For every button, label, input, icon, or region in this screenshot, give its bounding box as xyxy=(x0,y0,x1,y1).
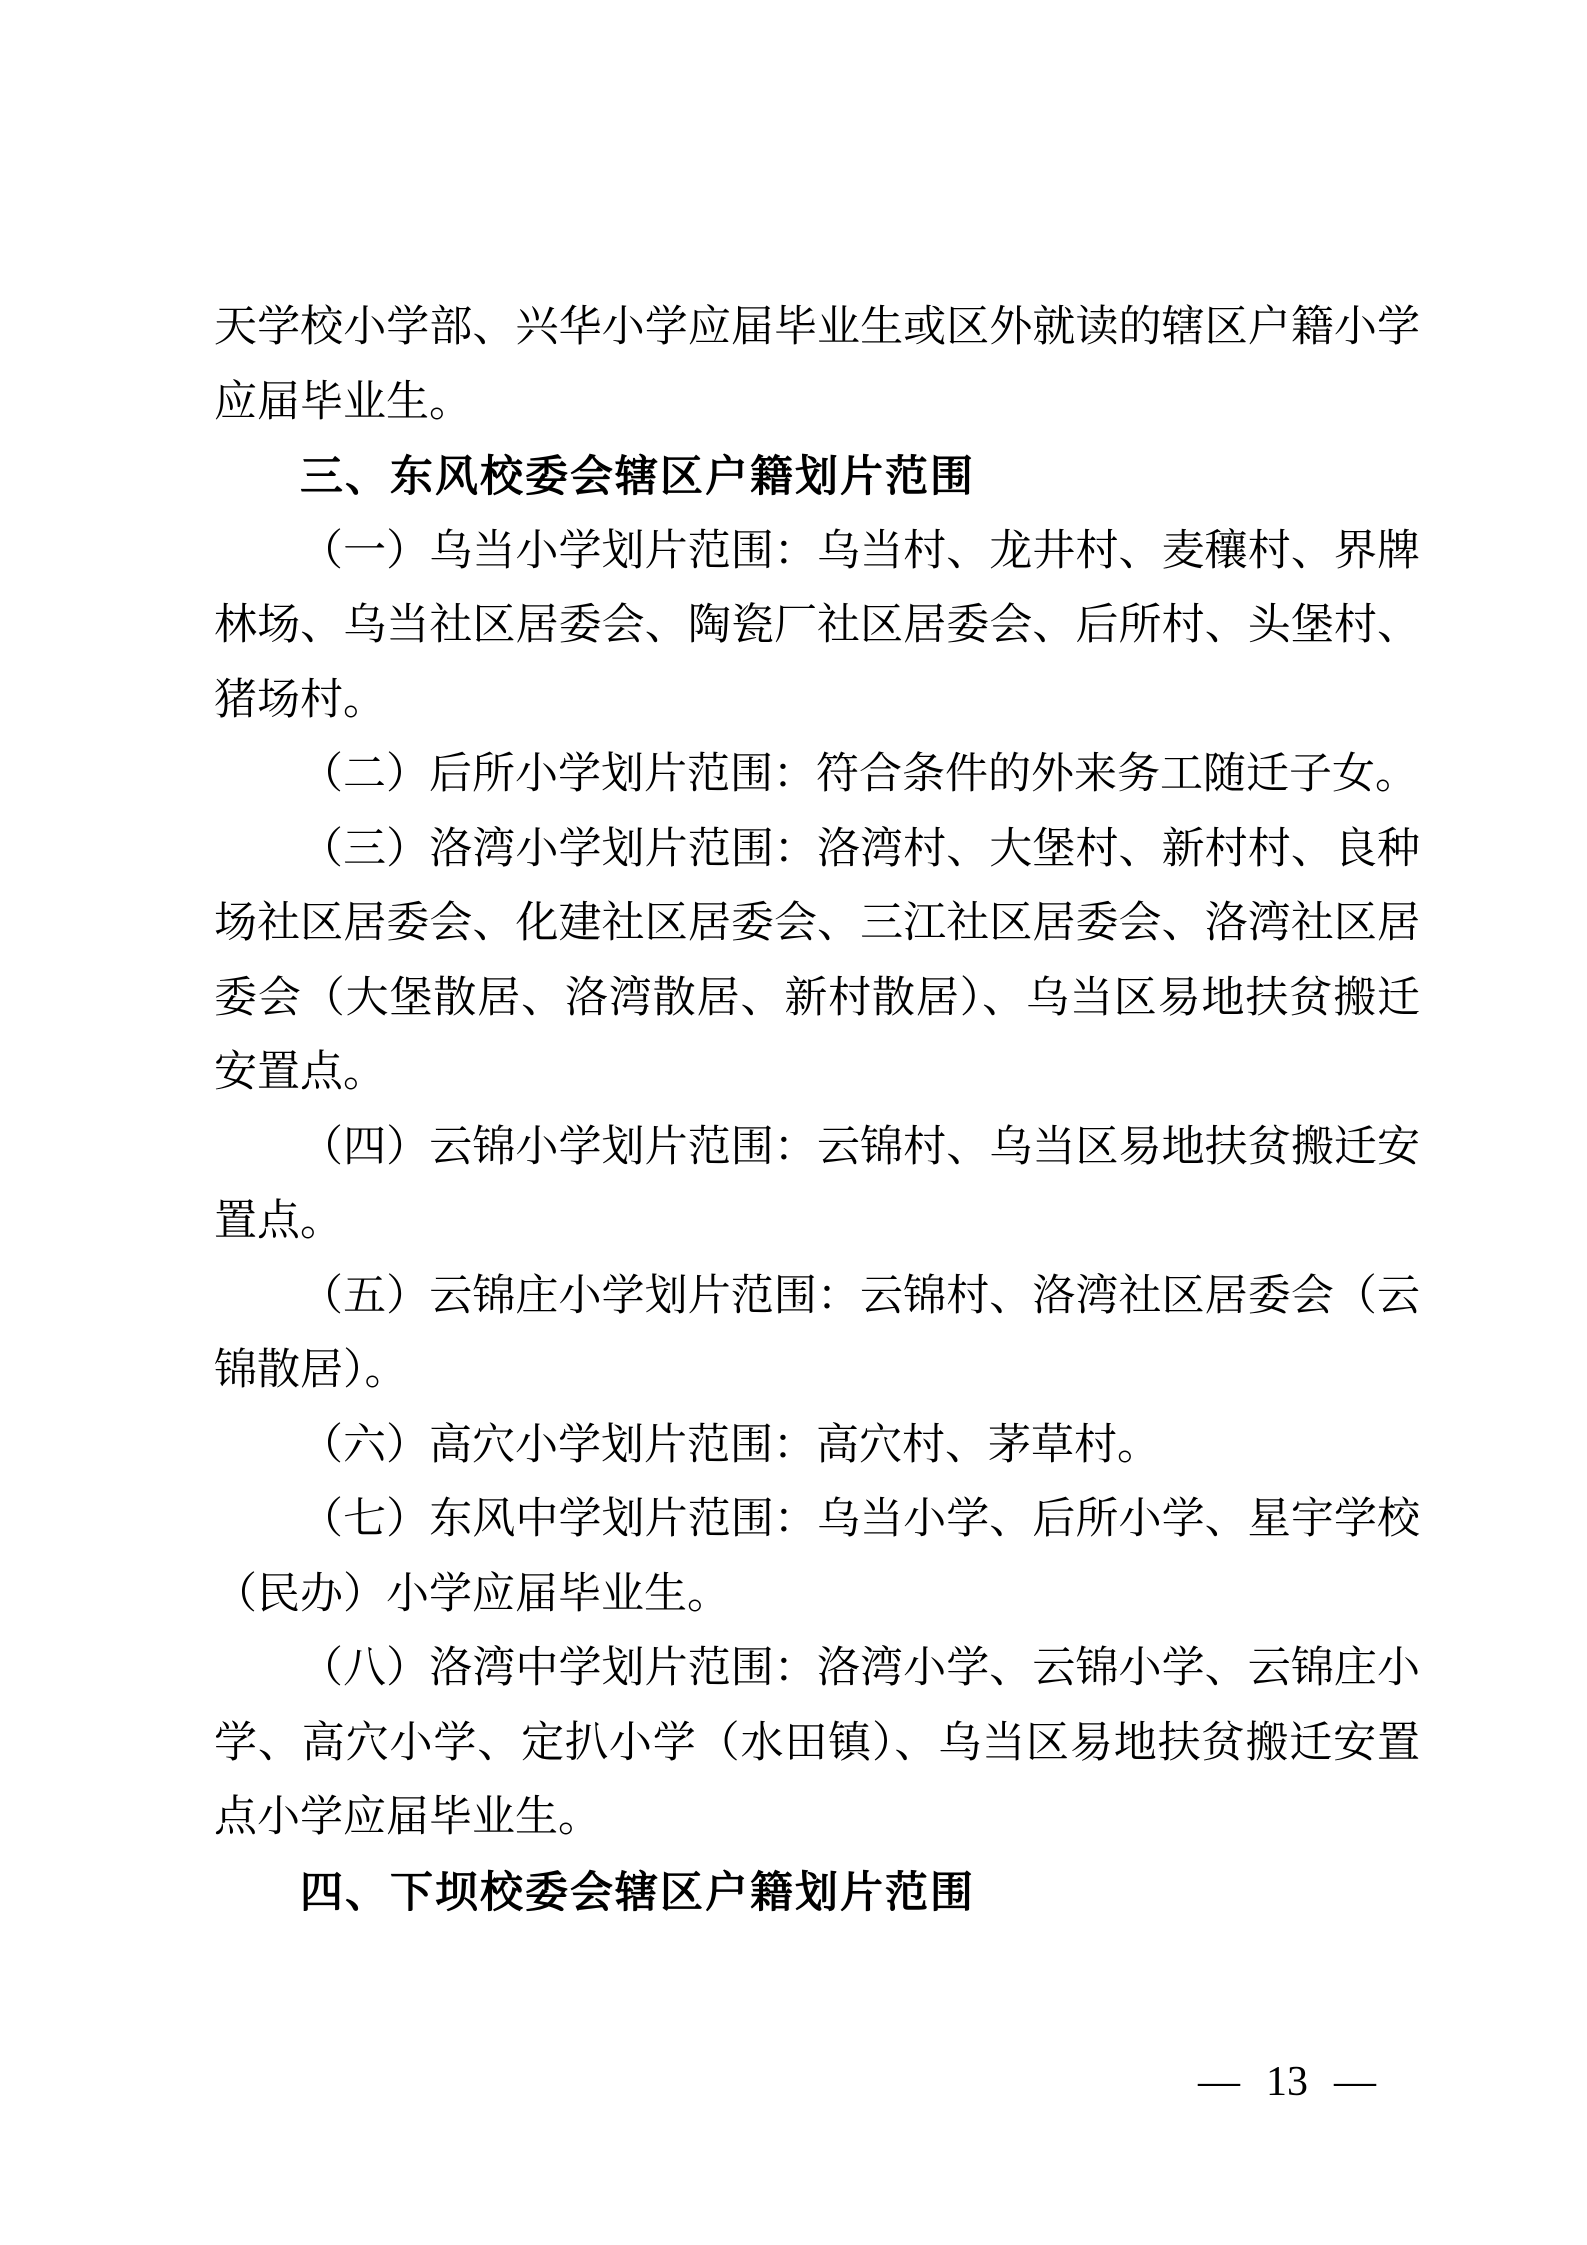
text-line: （八）洛湾中学划片范围：洛湾小学、云锦小学、云锦庄小 xyxy=(214,1632,1420,1707)
page-number: 13 xyxy=(1266,2058,1308,2106)
document-page: 天学校小学部、兴华小学应届毕业生或区外就读的辖区户籍小学 应届毕业生。 三、东风… xyxy=(0,0,1587,2245)
text-line: （四）云锦小学划片范围：云锦村、乌当区易地扶贫搬迁安 xyxy=(214,1111,1420,1186)
text-line: 应届毕业生。 xyxy=(214,366,1420,441)
text-line: 安置点。 xyxy=(214,1036,1420,1111)
text-line: （六）高穴小学划片范围：高穴村、茅草村。 xyxy=(214,1409,1420,1484)
text-line: 学、高穴小学、定扒小学（水田镇）、乌当区易地扶贫搬迁安置 xyxy=(214,1707,1420,1782)
text-line: 场社区居委会、化建社区居委会、三江社区居委会、洛湾社区居 xyxy=(214,887,1420,962)
document-body: 天学校小学部、兴华小学应届毕业生或区外就读的辖区户籍小学 应届毕业生。 三、东风… xyxy=(214,291,1420,1930)
text-line: （三）洛湾小学划片范围：洛湾村、大堡村、新村村、良种 xyxy=(214,813,1420,888)
text-line: （民办）小学应届毕业生。 xyxy=(214,1558,1420,1633)
text-line: （五）云锦庄小学划片范围：云锦村、洛湾社区居委会（云 xyxy=(214,1260,1420,1335)
footer-dash-left: — xyxy=(1198,2058,1240,2106)
text-line: （二）后所小学划片范围：符合条件的外来务工随迁子女。 xyxy=(214,738,1420,813)
section-heading-3: 三、东风校委会辖区户籍划片范围 xyxy=(214,440,1420,515)
text-line: 委会（大堡散居、洛湾散居、新村散居）、乌当区易地扶贫搬迁 xyxy=(214,962,1420,1037)
text-line: 林场、乌当社区居委会、陶瓷厂社区居委会、后所村、头堡村、 xyxy=(214,589,1420,664)
text-line: 猪场村。 xyxy=(214,664,1420,739)
text-line: 锦散居）。 xyxy=(214,1334,1420,1409)
text-line: 置点。 xyxy=(214,1185,1420,1260)
text-line: （七）东风中学划片范围：乌当小学、后所小学、星宇学校 xyxy=(214,1483,1420,1558)
section-heading-4: 四、下坝校委会辖区户籍划片范围 xyxy=(214,1856,1420,1931)
text-line: 天学校小学部、兴华小学应届毕业生或区外就读的辖区户籍小学 xyxy=(214,291,1420,366)
text-line: 点小学应届毕业生。 xyxy=(214,1781,1420,1856)
page-footer: — 13 — xyxy=(1198,2058,1376,2106)
text-line: （一）乌当小学划片范围：乌当村、龙井村、麦穰村、界牌 xyxy=(214,515,1420,590)
footer-dash-right: — xyxy=(1334,2058,1376,2106)
